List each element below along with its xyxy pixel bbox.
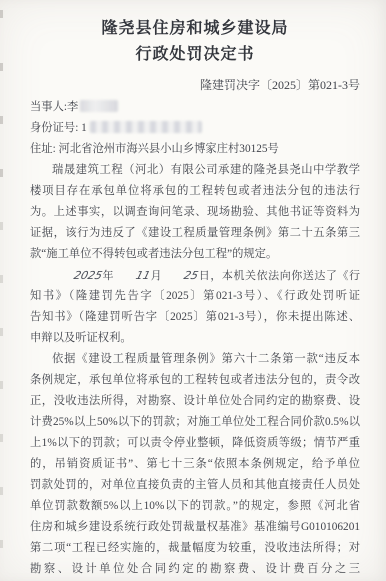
agency-name: 隆尧县住房和城乡建设局 [30, 16, 360, 42]
body-line: 计费25%以上50%以下的罚款；对施工单位处工程合同价款0.5%以 [30, 412, 360, 433]
scan-edge-tick [0, 222, 3, 230]
body-line: 条例规定，承包单位将承包的工程转包或者违法分包的，责令改 [30, 370, 360, 391]
handwritten-day: 25 [160, 265, 201, 286]
scanned-document-page: 隆尧县住房和城乡建设局 行政处罚决定书 隆建罚决字〔2025〕第021-3号 当… [0, 0, 386, 581]
scan-edge-tick [0, 328, 3, 336]
document-number: 隆建罚决字〔2025〕第021-3号 [30, 77, 360, 93]
handwritten-month: 11 [112, 265, 153, 286]
document-type: 行政处罚决定书 [30, 42, 360, 68]
body-line: 正，没收违法所得，对勘察、设计单位处合同约定的勘察费、设 [30, 391, 360, 412]
scan-edge-tick [0, 169, 3, 177]
scan-edge-tick [0, 10, 3, 18]
body-line: 住房和城乡建设系统行政处罚裁量权基准》基准编号G010106201 [30, 517, 360, 538]
body-line: 告知书》（隆建罚听告字〔2025〕第021-3号），你未提出陈述、 [30, 307, 360, 328]
scan-edge-tick [0, 487, 3, 495]
body-line: 上1%以下的罚款；可以责令停业整顿，降低资质等级；情节严重 [30, 433, 360, 454]
body-line: 勘察、设计单位处合同约定的勘察费、设计费百分之三 [30, 559, 360, 580]
body-line: 证据，该行为违反了《建设工程质量管理条例》第二十五条第三 [30, 223, 360, 244]
body-line-date: 2025年11月25日，本机关依法向你送达了《行政处罚事先告 [30, 265, 360, 286]
handwritten-year: 2025 [49, 265, 104, 286]
party-id-line: 身份证号: 1 [30, 118, 360, 139]
party-address-line: 住址: 河北省沧州市海兴县小山乡博家庄村30125号 [30, 139, 360, 160]
body-line: 楼项目存在承包单位将承包的工程转包或者违法分包的违法行 [30, 181, 360, 202]
party-name-text: 当事人:李 [30, 101, 78, 113]
document-body: 隆尧县住房和城乡建设局 行政处罚决定书 隆建罚决字〔2025〕第021-3号 当… [0, 0, 386, 580]
redaction-id-number [90, 121, 202, 133]
scan-edge-tick [0, 275, 3, 283]
body-line: 瑞晟建筑工程（河北）有限公司承建的隆尧县尧山中学教学 [30, 160, 360, 181]
body-line: 罚款处罚的，对单位直接负责的主管人员和其他直接责任人员处 [30, 475, 360, 496]
scan-edge-tick [0, 116, 3, 124]
body-line: 知书》（隆建罚先告字〔2025〕第021-3号）、《行政处罚听证 [30, 286, 360, 307]
body-line: 申辩以及听证权利。 [30, 328, 360, 349]
scan-edge-tick [0, 434, 3, 442]
body-line: 第二项“工程已经实施的，裁量幅度为较重，没收违法所得；对 [30, 538, 360, 559]
body-line: 款“施工单位不得转包或者违法分包工程”的规定。 [30, 244, 360, 265]
scan-edge-tick [0, 381, 3, 389]
party-name-line: 当事人:李 [30, 97, 360, 118]
document-title: 隆尧县住房和城乡建设局 行政处罚决定书 [30, 16, 360, 68]
scan-edge-tick [0, 540, 3, 548]
body-line: 的，吊销资质证书”、第七十三条“依照本条例规定，给予单位 [30, 454, 360, 475]
body-line: 依据《建设工程质量管理条例》第六十二条第一款“违反本 [30, 349, 360, 370]
document-text: 当事人:李 身份证号: 1 住址: 河北省沧州市海兴县小山乡博家庄村30125号… [30, 97, 360, 580]
scan-edge-tick [0, 63, 3, 71]
party-id-text: 身份证号: 1 [30, 122, 87, 134]
body-line: 为。上述事实，以调查询问笔录、现场勘验、其他书证等资料为 [30, 202, 360, 223]
redaction-name [80, 100, 118, 112]
body-line: 单位罚款数额5%以上10%以下的罚款。”的规定，参照《河北省 [30, 496, 360, 517]
